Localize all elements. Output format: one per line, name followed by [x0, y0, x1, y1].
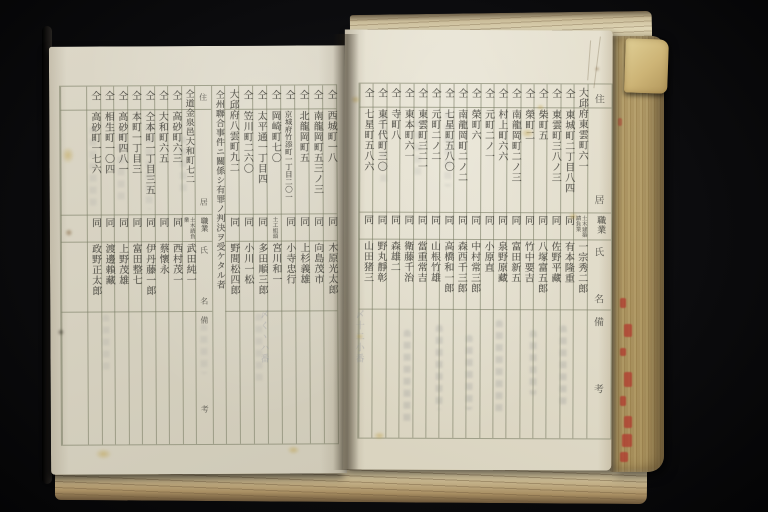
name-cell-text: 高橋和一郎 [440, 241, 453, 294]
name-cell-text: 中村常三郎 [467, 241, 480, 294]
address-cell: 大邱府東雲町六一 [574, 84, 587, 212]
address-cell-text: 太平通一丁目四 [253, 111, 266, 185]
ledger-entry-column: 仝笠川町二六〇同小川一松 [238, 86, 254, 444]
name-cell: 上杉義雄 [296, 240, 309, 310]
name-cell-text: 野丸靜彰 [373, 241, 386, 283]
prefecture-ditto-cell-text: 仝 [168, 90, 181, 101]
name-cell: 小寺忠行 [282, 240, 295, 310]
prefecture-ditto-cell-text: 仝 [309, 89, 322, 100]
occupation-cell-text: 同 [88, 218, 101, 229]
header-char: 考 [594, 380, 604, 395]
prefecture-ditto-cell: 仝 [155, 86, 168, 109]
red-edge-mark [620, 396, 626, 406]
name-cell: 高橋和一郎 [440, 239, 453, 309]
prefecture-ditto-cell: 仝 [281, 85, 294, 108]
occupation-cell-text: 同 [155, 217, 168, 228]
ledger-entry-column: 仝高砂町六三同西村茂一 [167, 86, 182, 444]
occupation-cell-text: 同 [101, 217, 114, 228]
ledger-entry-column: 仝榮町六同中村常三郎 [465, 84, 480, 438]
remarks-cell [129, 311, 142, 444]
remarks-cell [296, 310, 310, 443]
prefecture-ditto-cell: 仝 [401, 84, 413, 107]
prefecture-ditto-cell: 仝 [561, 84, 573, 107]
occupation-cell: 同 [494, 212, 506, 239]
name-cell: 宮川和一 [268, 241, 281, 311]
address-cell: 元町二ノ二 [427, 107, 440, 212]
remarks-cell [240, 311, 254, 444]
name-cell-text: 伊丹藤一郎 [142, 243, 155, 296]
name-cell: 富田新五 [507, 239, 520, 309]
prefecture-ditto-cell: 仝 [87, 87, 100, 110]
address-cell-text: 笠川町二六〇 [239, 111, 252, 174]
occupation-cell-text: 同 [467, 215, 480, 226]
ledger-entry-column: 仝寺町八同森雄二 [385, 84, 400, 438]
ledger-entry-column: 仝相生町一〇四同渡邊賴藏 [100, 86, 115, 444]
occupation-cell-text: 同 [226, 217, 239, 228]
stain [568, 212, 578, 220]
book-gutter-shadow [333, 34, 359, 470]
name-cell: 小原直 [480, 239, 493, 309]
prefecture-ditto-cell-text: 仝 [414, 88, 427, 99]
left-ledger-table: 仝西城町一八同木原光太郎仝南龍岡町五三ノ三同向島茂市仝北龍岡町五同上杉義雄仝京城… [59, 84, 339, 445]
name-cell-text: 野間松四郎 [226, 243, 239, 296]
name-cell: 野丸靜彰 [373, 239, 386, 309]
occupation-cell: 土木請負業 [182, 214, 195, 241]
address-cell: 村上町六六 [494, 107, 507, 212]
prefecture-ditto-cell-text: 仝 [481, 88, 494, 99]
name-cell-text: 小川一松 [240, 243, 253, 285]
name-cell: 政野正太郎 [88, 242, 101, 312]
address-cell: 相生町一〇四 [101, 109, 114, 214]
prefecture-ditto-cell: 仝 [508, 84, 520, 107]
ledger-entry-column: 仝仝本町一丁目三五同伊丹藤一郎 [140, 86, 155, 444]
prefecture-ditto-cell-text: 仝 [295, 89, 308, 100]
paper-crease [587, 40, 591, 80]
prefecture-ditto-cell-text: 仝 [548, 88, 561, 99]
stain [536, 104, 544, 110]
address-cell-text: 仝道金泉邑大和町七二 [182, 89, 194, 184]
occupation-cell-text: 同 [400, 215, 413, 226]
remarks-cell [310, 310, 324, 443]
address-cell-text: 岡崎町七〇 [267, 111, 280, 164]
ledger-entry-column: 仝七星町五八〇同高橋和一郎 [439, 84, 454, 438]
remarks-cell [453, 309, 466, 438]
name-cell: 八塚富五郎 [534, 239, 547, 309]
address-cell-text: 七星町五八〇 [440, 109, 453, 172]
occupation-cell-text: 同 [115, 217, 128, 228]
remarks-cell [102, 311, 115, 444]
header-column: 住居職業氏名備考 [194, 86, 213, 444]
faint-pencil-tally: 〆くヽハ番 [256, 310, 269, 365]
occupation-cell-text: 同 [254, 217, 267, 228]
address-cell-text: 東城町二丁目八四 [561, 109, 574, 193]
occupation-cell-text: 同 [507, 215, 520, 226]
prefecture-ditto-cell: 仝 [387, 84, 399, 107]
name-cell: 伊丹藤一郎 [142, 241, 155, 311]
prefecture-ditto-cell: 仝 [374, 84, 386, 107]
occupation-cell-text: 同 [494, 215, 507, 226]
remarks-cell [268, 311, 282, 444]
ledger-entry-column: 仝元町二ノ一同小原直 [479, 84, 494, 438]
ledger-entry-column: 仝東本町六一同衛藤千治 [399, 84, 414, 438]
occupation-cell-text: 同 [128, 217, 141, 228]
remarks-cell [560, 309, 573, 438]
name-cell-text: 上野茂雄 [115, 243, 128, 285]
prefecture-ditto-cell: 仝 [239, 86, 252, 109]
prefecture-ditto-cell-text: 仝 [127, 90, 140, 101]
header-char: 居 [594, 191, 604, 206]
prefecture-ditto-cell-text: 仝 [100, 90, 113, 101]
header-char: 備 [594, 313, 604, 328]
prefecture-ditto-cell-text: 仝 [87, 91, 100, 102]
occupation-label-cell-text: 職業 [594, 215, 605, 234]
address-cell-text: 七星町五八六 [360, 109, 373, 172]
prefecture-ditto-cell-text: 仝 [561, 88, 574, 99]
prefecture-ditto-cell: 仝 [253, 86, 266, 109]
name-cell-text: 森雄二 [387, 241, 400, 273]
occupation-cell-text: 土工組頭 [271, 217, 277, 239]
occupation-cell: 同 [521, 212, 533, 239]
remarks-label-cell: 備考 [196, 311, 213, 444]
address-cell: 本町一丁目三 [128, 109, 141, 214]
name-cell: 山田猪三 [360, 239, 373, 309]
prefecture-ditto-cell: 仝 [295, 85, 308, 108]
address-cell-text: 南龍岡町二ノ三 [507, 109, 520, 183]
prefecture-ditto-cell-text: 仝 [494, 88, 507, 99]
name-cell-text: 上杉義雄 [296, 242, 309, 284]
occupation-cell: 同 [282, 213, 295, 240]
address-cell: 大邱府八雲町九二 [225, 86, 239, 214]
ledger-entry-column: 仝本町一丁目三同富田整七 [127, 86, 142, 444]
occupation-cell: 同 [454, 212, 466, 239]
red-edge-mark [620, 298, 626, 308]
header-char: 名 [200, 296, 208, 307]
address-cell-text: 東雲町三二一 [414, 109, 427, 172]
address-cell-text: 南龍岡町二ノ二 [454, 109, 467, 183]
remarks-cell [183, 311, 196, 444]
prefecture-ditto-cell-text: 仝 [534, 88, 547, 99]
occupation-cell-text: 同 [440, 215, 453, 226]
occupation-cell: 同 [400, 212, 412, 239]
name-cell-text: 當重常吉 [413, 241, 426, 283]
name-cell: 富田整七 [128, 241, 141, 311]
book-fore-edge [610, 36, 664, 472]
address-cell: 太平通一丁目四 [253, 109, 267, 214]
occupation-cell-text: 同 [534, 215, 547, 226]
address-cell-text: 高砂町六三 [168, 111, 181, 164]
remarks-cell [115, 311, 128, 444]
occupation-cell-text: 同 [480, 215, 493, 226]
left-page: 仝西城町一八同木原光太郎仝南龍岡町五三ノ三同向島茂市仝北龍岡町五同上杉義雄仝京城… [49, 45, 347, 475]
occupation-cell: 同 [142, 214, 155, 241]
red-edge-mark [620, 452, 628, 462]
name-cell: 中村常三郎 [467, 239, 480, 309]
address-cell: 北龍岡町五 [295, 108, 309, 213]
remarks-cell [226, 311, 240, 444]
remarks-cell [466, 309, 479, 438]
address-cell-text: 元町二ノ二 [427, 109, 440, 162]
name-cell-text: 小寺忠行 [282, 242, 295, 284]
name-cell-text: 小原直 [480, 241, 493, 273]
remarks-cell [574, 309, 587, 438]
prefecture-ditto-cell-text: 仝 [239, 90, 252, 101]
prefecture-ditto-cell-text: 仝 [441, 88, 454, 99]
name-cell: 西村茂一 [169, 241, 182, 311]
ledger-entry-column: 仝高砂町一七六同政野正太郎 [86, 87, 101, 445]
remarks-cell [156, 311, 169, 444]
prefecture-ditto-cell: 仝 [267, 86, 280, 109]
occupation-cell: 同 [387, 212, 399, 239]
protruding-paper-tab [624, 38, 669, 93]
section-new: 住居職業氏名備考仝道金泉邑大和町七二土木請負業武田純一仝高砂町六三同西村茂一仝大… [60, 86, 213, 445]
occupation-label-cell: 職業 [196, 214, 212, 241]
remarks-cell [507, 309, 520, 438]
remarks-cell [440, 309, 453, 438]
remarks-cell [533, 309, 546, 438]
section-note-column: 仝州聯合事件ニ關係シ有罪ノ判決ヲ受ケタル者 [211, 86, 226, 444]
address-cell-text: 大邱府八雲町九二 [225, 89, 238, 173]
occupation-cell-text: 同 [296, 216, 309, 227]
occupation-cell: 同 [373, 212, 385, 239]
header-char: 氏 [594, 243, 604, 258]
header-char: 備 [200, 315, 208, 326]
name-label-cell: 氏名 [587, 239, 611, 309]
name-cell: 當重常吉 [413, 239, 426, 309]
occupation-cell: 同 [548, 212, 560, 239]
header-char: 居 [200, 197, 208, 208]
occupation-cell: 同 [169, 214, 182, 241]
occupation-cell: 同 [414, 212, 426, 239]
name-cell-text: 山根竹雄 [427, 241, 440, 283]
photograph-of-open-ledger: 仝西城町一八同木原光太郎仝南龍岡町五三ノ三同向島茂市仝北龍岡町五同上杉義雄仝京城… [0, 0, 768, 512]
address-cell-text: 柴町五 [534, 109, 547, 141]
ledger-entry-column: 仝東雲町三八ノ三同佐野平藏 [546, 84, 561, 438]
ledger-entry-column: 仝太平通一丁目四同多田順三郎 [252, 86, 268, 444]
prefecture-ditto-cell: 仝 [141, 86, 154, 109]
occupation-cell: 同 [534, 212, 546, 239]
address-cell: 寺町八 [387, 107, 400, 212]
header-char: 住 [595, 90, 605, 105]
occupation-cell-text: 同 [169, 217, 182, 228]
address-cell-text: 元町二ノ一 [481, 109, 494, 162]
address-cell: 東本町六一 [400, 107, 413, 212]
address-cell-text: 本町一丁目三 [128, 111, 141, 174]
occupation-cell: 同 [101, 214, 114, 241]
ledger-entry-column: 仝柴町五同八塚富五郎 [532, 84, 547, 438]
address-cell-text: 榮町六 [467, 109, 480, 141]
address-cell-text: 東雲町三八ノ三 [548, 109, 561, 183]
header-char: 住 [199, 92, 207, 103]
occupation-cell-text: 同 [282, 216, 295, 227]
address-cell: 七星町五八〇 [440, 107, 453, 212]
address-cell: 高砂町四八一 [114, 109, 127, 214]
address-cell: 柴町五 [534, 107, 547, 212]
section-continuation: 仝西城町一八同木原光太郎仝南龍岡町五三ノ三同向島茂市仝北龍岡町五同上杉義雄仝京城… [224, 85, 338, 444]
address-cell-text: 寺町八 [387, 109, 400, 141]
prefecture-ditto-cell-text: 仝 [253, 90, 266, 101]
right-ledger-table: 住居職業氏名備考大邱府東雲町六一土木建築請負業一宗秀二郎仝東城町二丁目八四同有本… [357, 83, 612, 440]
occupation-cell: 同 [467, 212, 479, 239]
red-edge-mark [624, 372, 632, 387]
address-cell: 高砂町一七六 [87, 110, 100, 215]
address-cell: 榮町二 [521, 107, 534, 212]
address-cell: 笠川町二六〇 [239, 109, 253, 214]
name-cell: 山根竹雄 [427, 239, 440, 309]
name-cell: 佐野平藏 [547, 239, 560, 309]
name-cell-text: 竹中要吉 [520, 241, 533, 283]
address-cell-text: 高砂町一七六 [87, 112, 100, 175]
ledger-entry-column: 仝元町二ノ二同山根竹雄 [425, 84, 440, 438]
blank-margin-column [60, 87, 88, 445]
name-label-cell: 氏名 [196, 241, 212, 311]
occupation-cell-text: 同 [427, 215, 440, 226]
prefecture-ditto-cell-text: 仝 [360, 88, 373, 99]
ledger-entry-column: 仝岡崎町七〇土工組頭宮川和一 [266, 86, 282, 444]
prefecture-ditto-cell-text: 仝 [267, 90, 280, 101]
name-cell-text: 蔡懷永 [155, 243, 168, 275]
prefecture-ditto-cell: 仝 [454, 84, 466, 107]
prefecture-ditto-cell: 仝 [128, 86, 141, 109]
remarks-cell [493, 309, 506, 438]
address-cell-text: 東千代町三〇 [373, 109, 386, 172]
stain [65, 229, 73, 237]
remarks-cell [88, 312, 101, 445]
occupation-label-cell: 職業 [588, 212, 611, 239]
name-cell-text: 富田整七 [128, 243, 141, 285]
prefecture-ditto-cell: 仝 [481, 84, 493, 107]
prefecture-ditto-cell: 仝 [101, 86, 114, 109]
prefecture-ditto-cell: 仝 [548, 84, 560, 107]
name-cell: 一宗秀二郎 [574, 239, 587, 309]
red-edge-mark [620, 348, 626, 356]
address-cell: 元町二ノ一 [481, 107, 494, 212]
address-cell-text: 東本町六一 [400, 109, 413, 162]
ledger-entry-column: 仝高砂町四八一同上野茂雄 [113, 86, 128, 444]
name-cell-text: 一宗秀二郎 [574, 241, 587, 294]
occupation-cell: 同 [481, 212, 493, 239]
stain [61, 147, 74, 164]
prefecture-ditto-cell-text: 仝 [467, 88, 480, 99]
address-label-cell: 住居 [195, 86, 212, 214]
prefecture-ditto-cell-text: 仝 [141, 90, 154, 101]
header-column: 住居職業氏名備考 [586, 84, 612, 438]
address-cell-text: 村上町六六 [494, 109, 507, 162]
remarks-cell [282, 310, 296, 443]
remarks-label-cell: 備考 [587, 309, 611, 438]
stain [57, 329, 64, 336]
remarks-cell [480, 309, 493, 438]
name-cell: 衛藤千治 [400, 239, 413, 309]
occupation-cell-text: 同 [360, 215, 373, 226]
name-cell-text: 富田新五 [507, 241, 520, 283]
address-cell: 七星町五八六 [360, 107, 373, 212]
name-cell-text: 多田順三郎 [254, 243, 267, 296]
name-cell-text: 八塚富五郎 [534, 241, 547, 294]
header-char: 考 [201, 404, 209, 415]
name-cell: 有本隆重 [561, 239, 574, 309]
name-cell: 森雄二 [387, 239, 400, 309]
name-cell: 泉野原藏 [494, 239, 507, 309]
address-label-cell: 住居 [588, 84, 612, 212]
address-cell: 東雲町三八ノ三 [548, 107, 561, 212]
prefecture-ditto-cell-text: 仝 [521, 88, 534, 99]
ledger-entry-column: 仝道金泉邑大和町七二土木請負業武田純一 [181, 86, 196, 444]
prefecture-ditto-cell-text: 仝 [281, 89, 294, 100]
remarks-cell [400, 309, 413, 438]
address-cell: 南龍岡町二ノ二 [454, 107, 467, 212]
section-note-text: 仝州聯合事件ニ關係シ有罪ノ判決ヲ受ケタル者 [212, 86, 224, 290]
ledger-entry-column: 仝村上町六六同泉野原藏 [492, 84, 507, 438]
red-edge-mark [624, 324, 632, 337]
name-cell-text: 有本隆重 [561, 241, 574, 283]
ledger-entry-column: 仝大和町六五同蔡懷永 [154, 86, 169, 444]
remarks-cell [520, 309, 533, 438]
address-cell: 仝本町一丁目三五 [141, 109, 154, 214]
address-cell: 京城府竹添町一丁目二〇一 [281, 108, 295, 213]
stain [95, 448, 112, 459]
address-cell: 大和町六五 [155, 109, 168, 214]
name-cell: 上野茂雄 [115, 241, 128, 311]
occupation-cell-text: 同 [387, 215, 400, 226]
ledger-entry-column: 仝南龍岡町二ノ三同富田新五 [506, 84, 521, 438]
name-cell-text: 山田猪三 [360, 241, 373, 283]
address-cell-text: 相生町一〇四 [101, 111, 114, 174]
occupation-cell: 同 [360, 212, 372, 239]
remarks-cell [373, 309, 386, 438]
prefecture-ditto-cell-text: 仝 [387, 88, 400, 99]
remarks-cell [413, 309, 426, 438]
occupation-cell: 同 [296, 213, 309, 240]
prefecture-ditto-cell: 仝 [468, 84, 480, 107]
address-cell-text: 京城府竹添町一丁目二〇一 [283, 111, 292, 201]
name-cell-text: 宮川和一 [268, 243, 281, 285]
ledger-entry-column: 仝七星町五八六同山田猪三 [358, 84, 373, 438]
name-cell-text: 衛藤千治 [400, 241, 413, 283]
ledger-entry-column: 大邱府東雲町六一土木建築請負業一宗秀二郎 [573, 84, 588, 438]
occupation-cell-text: 同 [310, 216, 323, 227]
prefecture-ditto-cell-text: 仝 [154, 90, 167, 101]
ledger-entry-column: 仝東千代町三〇同野丸靜彰 [372, 84, 387, 438]
occupation-cell-text: 土木請負業 [182, 217, 195, 241]
ledger-entry-column: 仝南龍岡町二ノ二同森西千三郎 [452, 84, 467, 438]
name-cell: 武田純一 [182, 241, 195, 311]
address-cell: 榮町六 [467, 107, 480, 212]
name-cell-text: 向島茂市 [310, 242, 323, 284]
address-cell-text: 北龍岡町五 [295, 110, 308, 163]
address-cell: 岡崎町七〇 [267, 109, 281, 214]
prefecture-ditto-cell: 仝 [494, 84, 506, 107]
address-cell-text: 高砂町四八一 [114, 111, 127, 174]
occupation-cell-text: 同 [373, 215, 386, 226]
occupation-cell-text: 同 [454, 215, 467, 226]
name-cell: 向島茂市 [310, 240, 323, 310]
address-cell-text: 大邱府東雲町六一 [574, 87, 587, 171]
name-cell: 渡邊賴藏 [101, 241, 114, 311]
address-cell-text: 大和町六五 [155, 111, 168, 164]
remarks-cell [169, 311, 182, 444]
prefecture-ditto-cell: 仝 [360, 84, 372, 107]
address-cell-text: 南龍岡町五三ノ三 [309, 110, 322, 194]
stain [520, 128, 534, 138]
name-cell: 竹中要吉 [520, 239, 533, 309]
ledger-entry-column: 仝東雲町三二一同當重常吉 [412, 84, 427, 438]
remarks-cell [547, 309, 560, 438]
name-cell: 蔡懷永 [155, 241, 168, 311]
prefecture-ditto-cell-text: 仝 [508, 88, 521, 99]
ledger-entry-column: 仝東城町二丁目八四同有本隆重 [559, 84, 574, 438]
prefecture-ditto-cell-text: 仝 [114, 90, 127, 101]
occupation-cell: 同 [115, 214, 128, 241]
